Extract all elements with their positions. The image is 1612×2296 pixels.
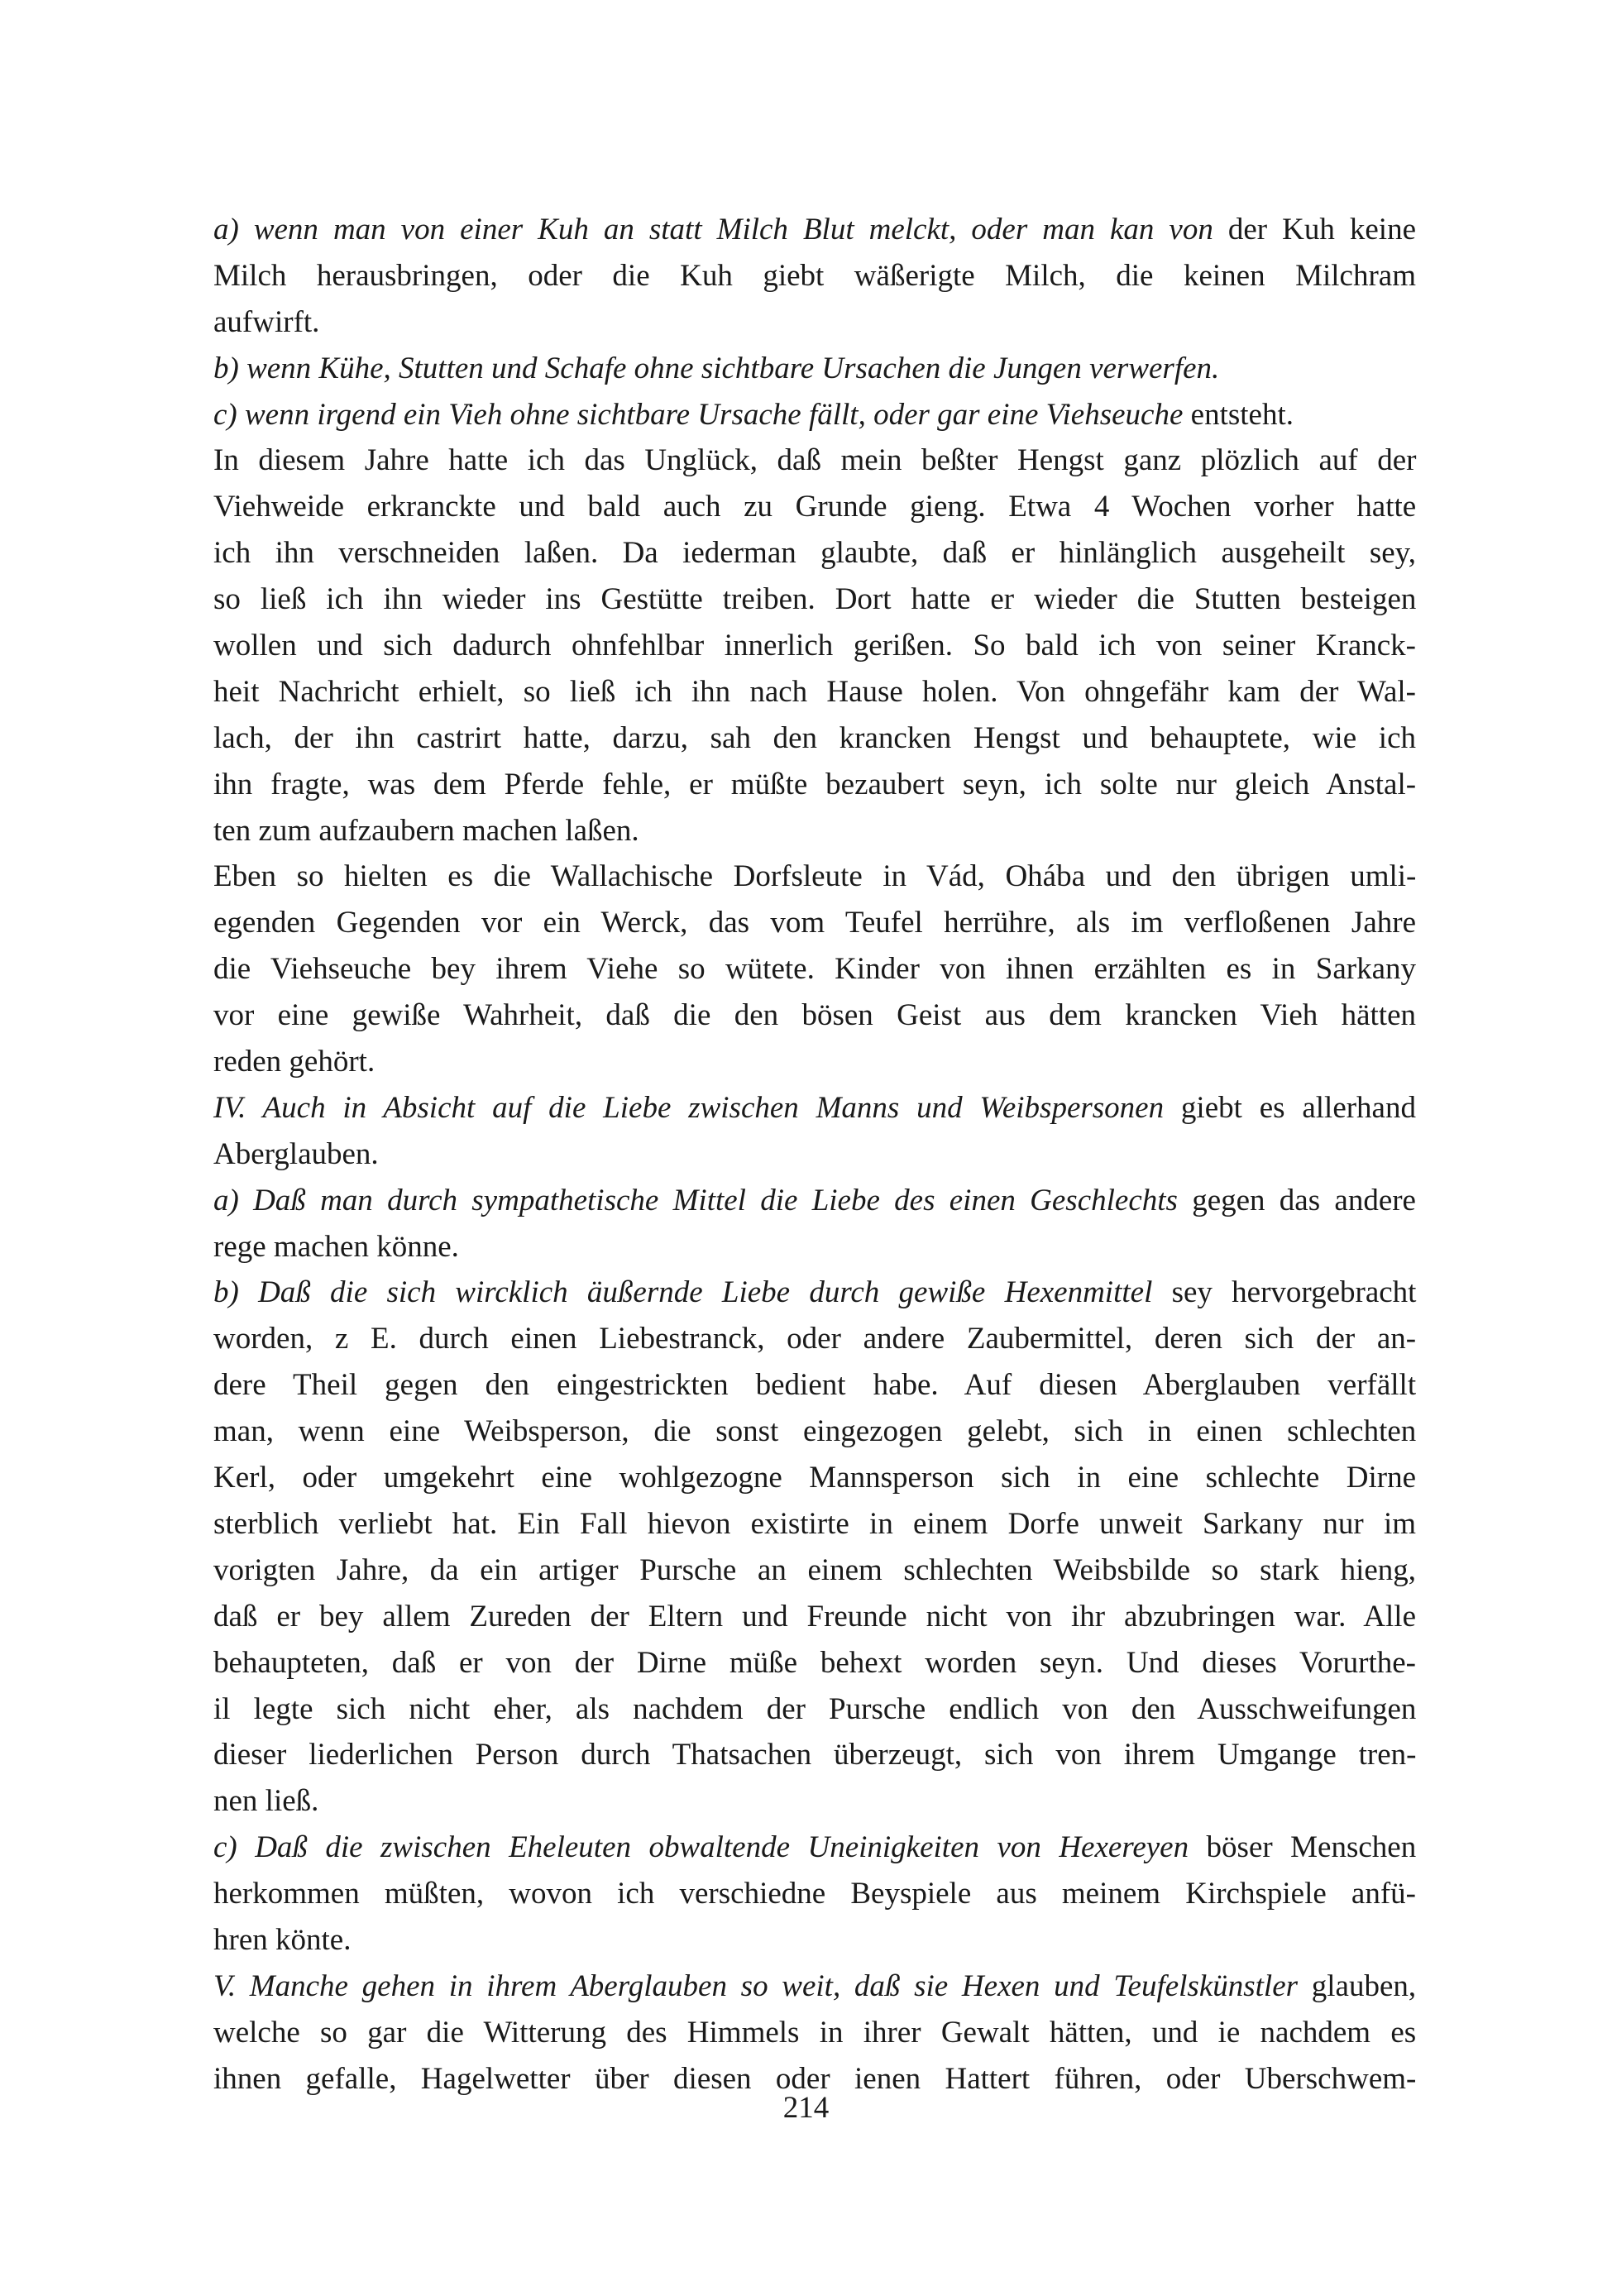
roman-text: entsteht. xyxy=(1183,398,1294,432)
text-line: hren könte. xyxy=(213,1917,1416,1964)
text-line: a) Daß man durch sympathetische Mittel d… xyxy=(213,1178,1416,1224)
italic-text: IV. Auch in Absicht auf die Liebe zwisch… xyxy=(213,1091,1164,1125)
text-line: il legte sich nicht eher, als nachdem de… xyxy=(213,1686,1416,1733)
text-line: vorigten Jahre, da ein artiger Pursche a… xyxy=(213,1547,1416,1594)
text-line: wollen und sich dadurch ohnfehlbar inner… xyxy=(213,623,1416,669)
roman-text: sterblich verliebt hat. Ein Fall hievon … xyxy=(213,1507,1416,1541)
roman-text: rege machen könne. xyxy=(213,1230,459,1264)
roman-text: worden, z E. durch einen Liebestranck, o… xyxy=(213,1322,1416,1356)
text-line: ich ihn verschneiden laßen. Da iederman … xyxy=(213,530,1416,576)
text-line: egenden Gegenden vor ein Werck, das vom … xyxy=(213,900,1416,946)
roman-text: herkommen müßten, wovon ich verschiedne … xyxy=(213,1877,1416,1911)
roman-text: Eben so hielten es die Wallachische Dorf… xyxy=(213,859,1416,893)
italic-text: a) wenn man von einer Kuh an statt Milch… xyxy=(213,213,1213,246)
roman-text: Milch herausbringen, oder die Kuh giebt … xyxy=(213,259,1416,293)
text-line: Viehweide erkranckte und bald auch zu Gr… xyxy=(213,484,1416,530)
text-line: b) wenn Kühe, Stutten und Schafe ohne si… xyxy=(213,346,1416,392)
roman-text: dere Theil gegen den eingestrickten bedi… xyxy=(213,1368,1416,1402)
text-line: aufwirft. xyxy=(213,299,1416,346)
text-line: behaupteten, daß er von der Dirne müße b… xyxy=(213,1640,1416,1686)
roman-text: sey hervorgebracht xyxy=(1152,1275,1416,1309)
roman-text: man, wenn eine Weibsperson, die sonst ei… xyxy=(213,1414,1416,1448)
text-line: a) wenn man von einer Kuh an statt Milch… xyxy=(213,207,1416,253)
italic-text: a) Daß man durch sympathetische Mittel d… xyxy=(213,1184,1178,1217)
text-line: reden gehört. xyxy=(213,1039,1416,1085)
italic-text: b) Daß die sich wircklich äußernde Liebe… xyxy=(213,1275,1152,1309)
text-line: Aberglauben. xyxy=(213,1131,1416,1178)
text-line: worden, z E. durch einen Liebestranck, o… xyxy=(213,1316,1416,1362)
text-line: dieser liederlichen Person durch Thatsac… xyxy=(213,1732,1416,1778)
text-line: In diesem Jahre hatte ich das Unglück, d… xyxy=(213,438,1416,484)
text-line: daß er bey allem Zureden der Eltern und … xyxy=(213,1594,1416,1640)
roman-text: gegen das andere xyxy=(1178,1184,1416,1217)
text-line: heit Nachricht erhielt, so ließ ich ihn … xyxy=(213,669,1416,715)
text-line: Milch herausbringen, oder die Kuh giebt … xyxy=(213,253,1416,299)
text-line: ihn fragte, was dem Pferde fehle, er müß… xyxy=(213,762,1416,808)
roman-text: vor eine gewiße Wahrheit, daß die den bö… xyxy=(213,998,1416,1032)
italic-text: c) wenn irgend ein Vieh ohne sichtbare U… xyxy=(213,398,1183,432)
roman-text: dieser liederlichen Person durch Thatsac… xyxy=(213,1738,1416,1772)
text-line: lach, der ihn castrirt hatte, darzu, sah… xyxy=(213,715,1416,762)
text-line: dere Theil gegen den eingestrickten bedi… xyxy=(213,1362,1416,1409)
italic-text: c) Daß die zwischen Eheleuten obwaltende… xyxy=(213,1830,1189,1864)
roman-text: giebt es allerhand xyxy=(1164,1091,1416,1125)
text-line: welche so gar die Witterung des Himmels … xyxy=(213,2010,1416,2056)
text-line: c) Daß die zwischen Eheleuten obwaltende… xyxy=(213,1825,1416,1871)
roman-text: der Kuh keine xyxy=(1213,213,1416,246)
roman-text: vorigten Jahre, da ein artiger Pursche a… xyxy=(213,1553,1416,1587)
roman-text: lach, der ihn castrirt hatte, darzu, sah… xyxy=(213,721,1416,755)
roman-text: Aberglauben. xyxy=(213,1137,379,1171)
text-line: rege machen könne. xyxy=(213,1224,1416,1270)
text-line: so ließ ich ihn wieder ins Gestütte trei… xyxy=(213,576,1416,623)
roman-text: so ließ ich ihn wieder ins Gestütte trei… xyxy=(213,582,1416,616)
page-number: 214 xyxy=(0,2090,1612,2126)
roman-text: behaupteten, daß er von der Dirne müße b… xyxy=(213,1646,1416,1680)
roman-text: nen ließ. xyxy=(213,1784,318,1818)
text-line: b) Daß die sich wircklich äußernde Liebe… xyxy=(213,1270,1416,1316)
roman-text: ihn fragte, was dem Pferde fehle, er müß… xyxy=(213,768,1416,801)
text-line: die Viehseuche bey ihrem Viehe so wütete… xyxy=(213,946,1416,993)
text-line: sterblich verliebt hat. Ein Fall hievon … xyxy=(213,1501,1416,1547)
roman-text: In diesem Jahre hatte ich das Unglück, d… xyxy=(213,443,1416,477)
roman-text: welche so gar die Witterung des Himmels … xyxy=(213,2016,1416,2050)
roman-text: ten zum aufzaubern machen laßen. xyxy=(213,814,639,848)
text-line: V. Manche gehen in ihrem Aberglauben so … xyxy=(213,1964,1416,2010)
roman-text: glauben, xyxy=(1298,1969,1416,2003)
roman-text: die Viehseuche bey ihrem Viehe so wütete… xyxy=(213,952,1416,986)
text-line: herkommen müßten, wovon ich verschiedne … xyxy=(213,1871,1416,1917)
text-line: ten zum aufzaubern machen laßen. xyxy=(213,808,1416,854)
italic-text: V. Manche gehen in ihrem Aberglauben so … xyxy=(213,1969,1298,2003)
text-line: vor eine gewiße Wahrheit, daß die den bö… xyxy=(213,993,1416,1039)
roman-text: reden gehört. xyxy=(213,1045,375,1079)
roman-text: heit Nachricht erhielt, so ließ ich ihn … xyxy=(213,675,1416,709)
roman-text: böser Menschen xyxy=(1189,1830,1416,1864)
roman-text: hren könte. xyxy=(213,1923,351,1957)
text-line: Eben so hielten es die Wallachische Dorf… xyxy=(213,854,1416,900)
text-line: nen ließ. xyxy=(213,1778,1416,1825)
roman-text: aufwirft. xyxy=(213,305,319,339)
roman-text: daß er bey allem Zureden der Eltern und … xyxy=(213,1600,1416,1634)
roman-text: il legte sich nicht eher, als nachdem de… xyxy=(213,1692,1416,1726)
roman-text: Viehweide erkranckte und bald auch zu Gr… xyxy=(213,490,1416,524)
text-line: man, wenn eine Weibsperson, die sonst ei… xyxy=(213,1409,1416,1455)
roman-text: egenden Gegenden vor ein Werck, das vom … xyxy=(213,906,1416,940)
roman-text: Kerl, oder umgekehrt eine wohlgezogne Ma… xyxy=(213,1461,1416,1495)
text-line: Kerl, oder umgekehrt eine wohlgezogne Ma… xyxy=(213,1455,1416,1501)
page-body: a) wenn man von einer Kuh an statt Milch… xyxy=(213,207,1416,2102)
italic-text: b) wenn Kühe, Stutten und Schafe ohne si… xyxy=(213,352,1219,385)
text-line: c) wenn irgend ein Vieh ohne sichtbare U… xyxy=(213,392,1416,438)
text-line: IV. Auch in Absicht auf die Liebe zwisch… xyxy=(213,1085,1416,1131)
roman-text: ich ihn verschneiden laßen. Da iederman … xyxy=(213,536,1416,570)
roman-text: wollen und sich dadurch ohnfehlbar inner… xyxy=(213,629,1416,662)
